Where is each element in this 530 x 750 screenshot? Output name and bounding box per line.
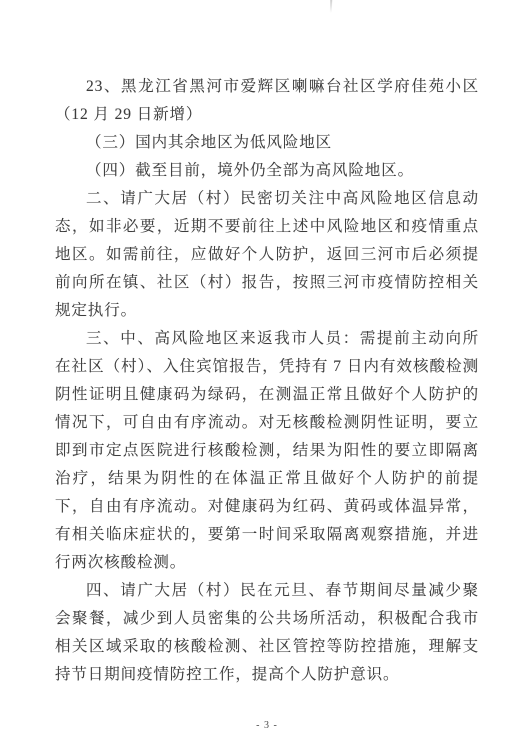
paragraph-section-3-low-risk: （三）国内其余地区为低风险地区 — [55, 129, 479, 157]
paragraph-item-4-holiday: 四、请广大居（村）民在元旦、春节期间尽量减少聚会聚餐，减少到人员密集的公共场所活… — [55, 577, 479, 689]
page-number: - 3 - — [55, 720, 479, 731]
document-page: 23、黑龙江省黑河市爱辉区喇嘛台社区学府佳苑小区（12 月 29 日新增） （三… — [0, 0, 530, 750]
scan-artifact — [330, 0, 332, 13]
document-body: 23、黑龙江省黑河市爱辉区喇嘛台社区学府佳苑小区（12 月 29 日新增） （三… — [55, 73, 479, 689]
paragraph-item-3-returnees: 三、中、高风险地区来返我市人员：需提前主动向所在社区（村）、入住宾馆报告，凭持有… — [55, 325, 479, 577]
paragraph-risk-area-item-23: 23、黑龙江省黑河市爱辉区喇嘛台社区学府佳苑小区（12 月 29 日新增） — [55, 73, 479, 129]
paragraph-section-4-overseas: （四）截至目前，境外仍全部为高风险地区。 — [55, 157, 479, 185]
paragraph-item-2-notice: 二、请广大居（村）民密切关注中高风险地区信息动态，如非必要，近期不要前往上述中风… — [55, 185, 479, 325]
